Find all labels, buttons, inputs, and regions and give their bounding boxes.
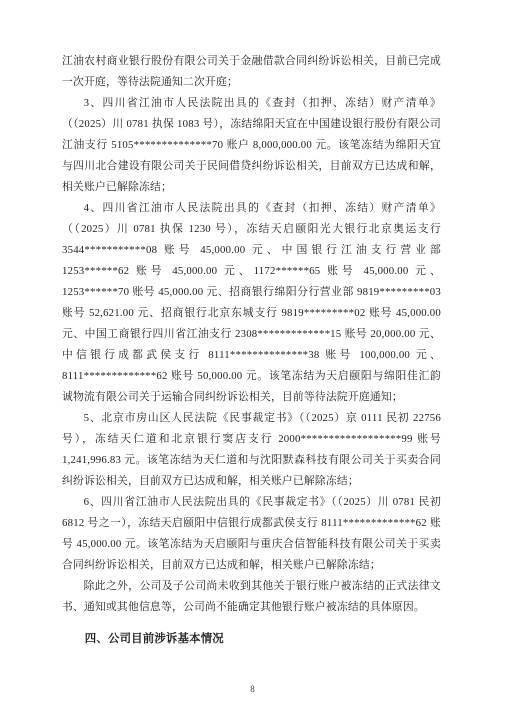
paragraph-closing: 除此之外，公司及子公司尚未收到其他关于银行账户被冻结的正式法律文书、通知或其他信… <box>62 576 441 618</box>
document-body: 江油农村商业银行股份有限公司关于金融借款合同纠纷诉讼相关，目前已完成一次开庭，等… <box>62 51 441 650</box>
paragraph-item-6: 6、四川省江油市人民法院出具的《民事裁定书》（（2025）川 0781 民初 6… <box>62 492 441 576</box>
section-heading: 四、公司目前涉诉基本情况 <box>62 629 441 650</box>
page-footer: 8 <box>0 679 505 697</box>
paragraph-item-4: 4、四川省江油市人民法院出具的《查封（扣押、冻结）财产清单》（（2025）川 0… <box>62 198 441 408</box>
paragraph-item-5: 5、北京市房山区人民法院《民事裁定书》（（2025）京 0111 民初 2275… <box>62 408 441 492</box>
page-number: 8 <box>250 684 255 694</box>
document-page: 江油农村商业银行股份有限公司关于金融借款合同纠纷诉讼相关，目前已完成一次开庭，等… <box>0 0 505 713</box>
paragraph-continuation: 江油农村商业银行股份有限公司关于金融借款合同纠纷诉讼相关，目前已完成一次开庭，等… <box>62 51 441 93</box>
paragraph-item-3: 3、四川省江油市人民法院出具的《查封（扣押、冻结）财产清单》（（2025）川 0… <box>62 93 441 198</box>
